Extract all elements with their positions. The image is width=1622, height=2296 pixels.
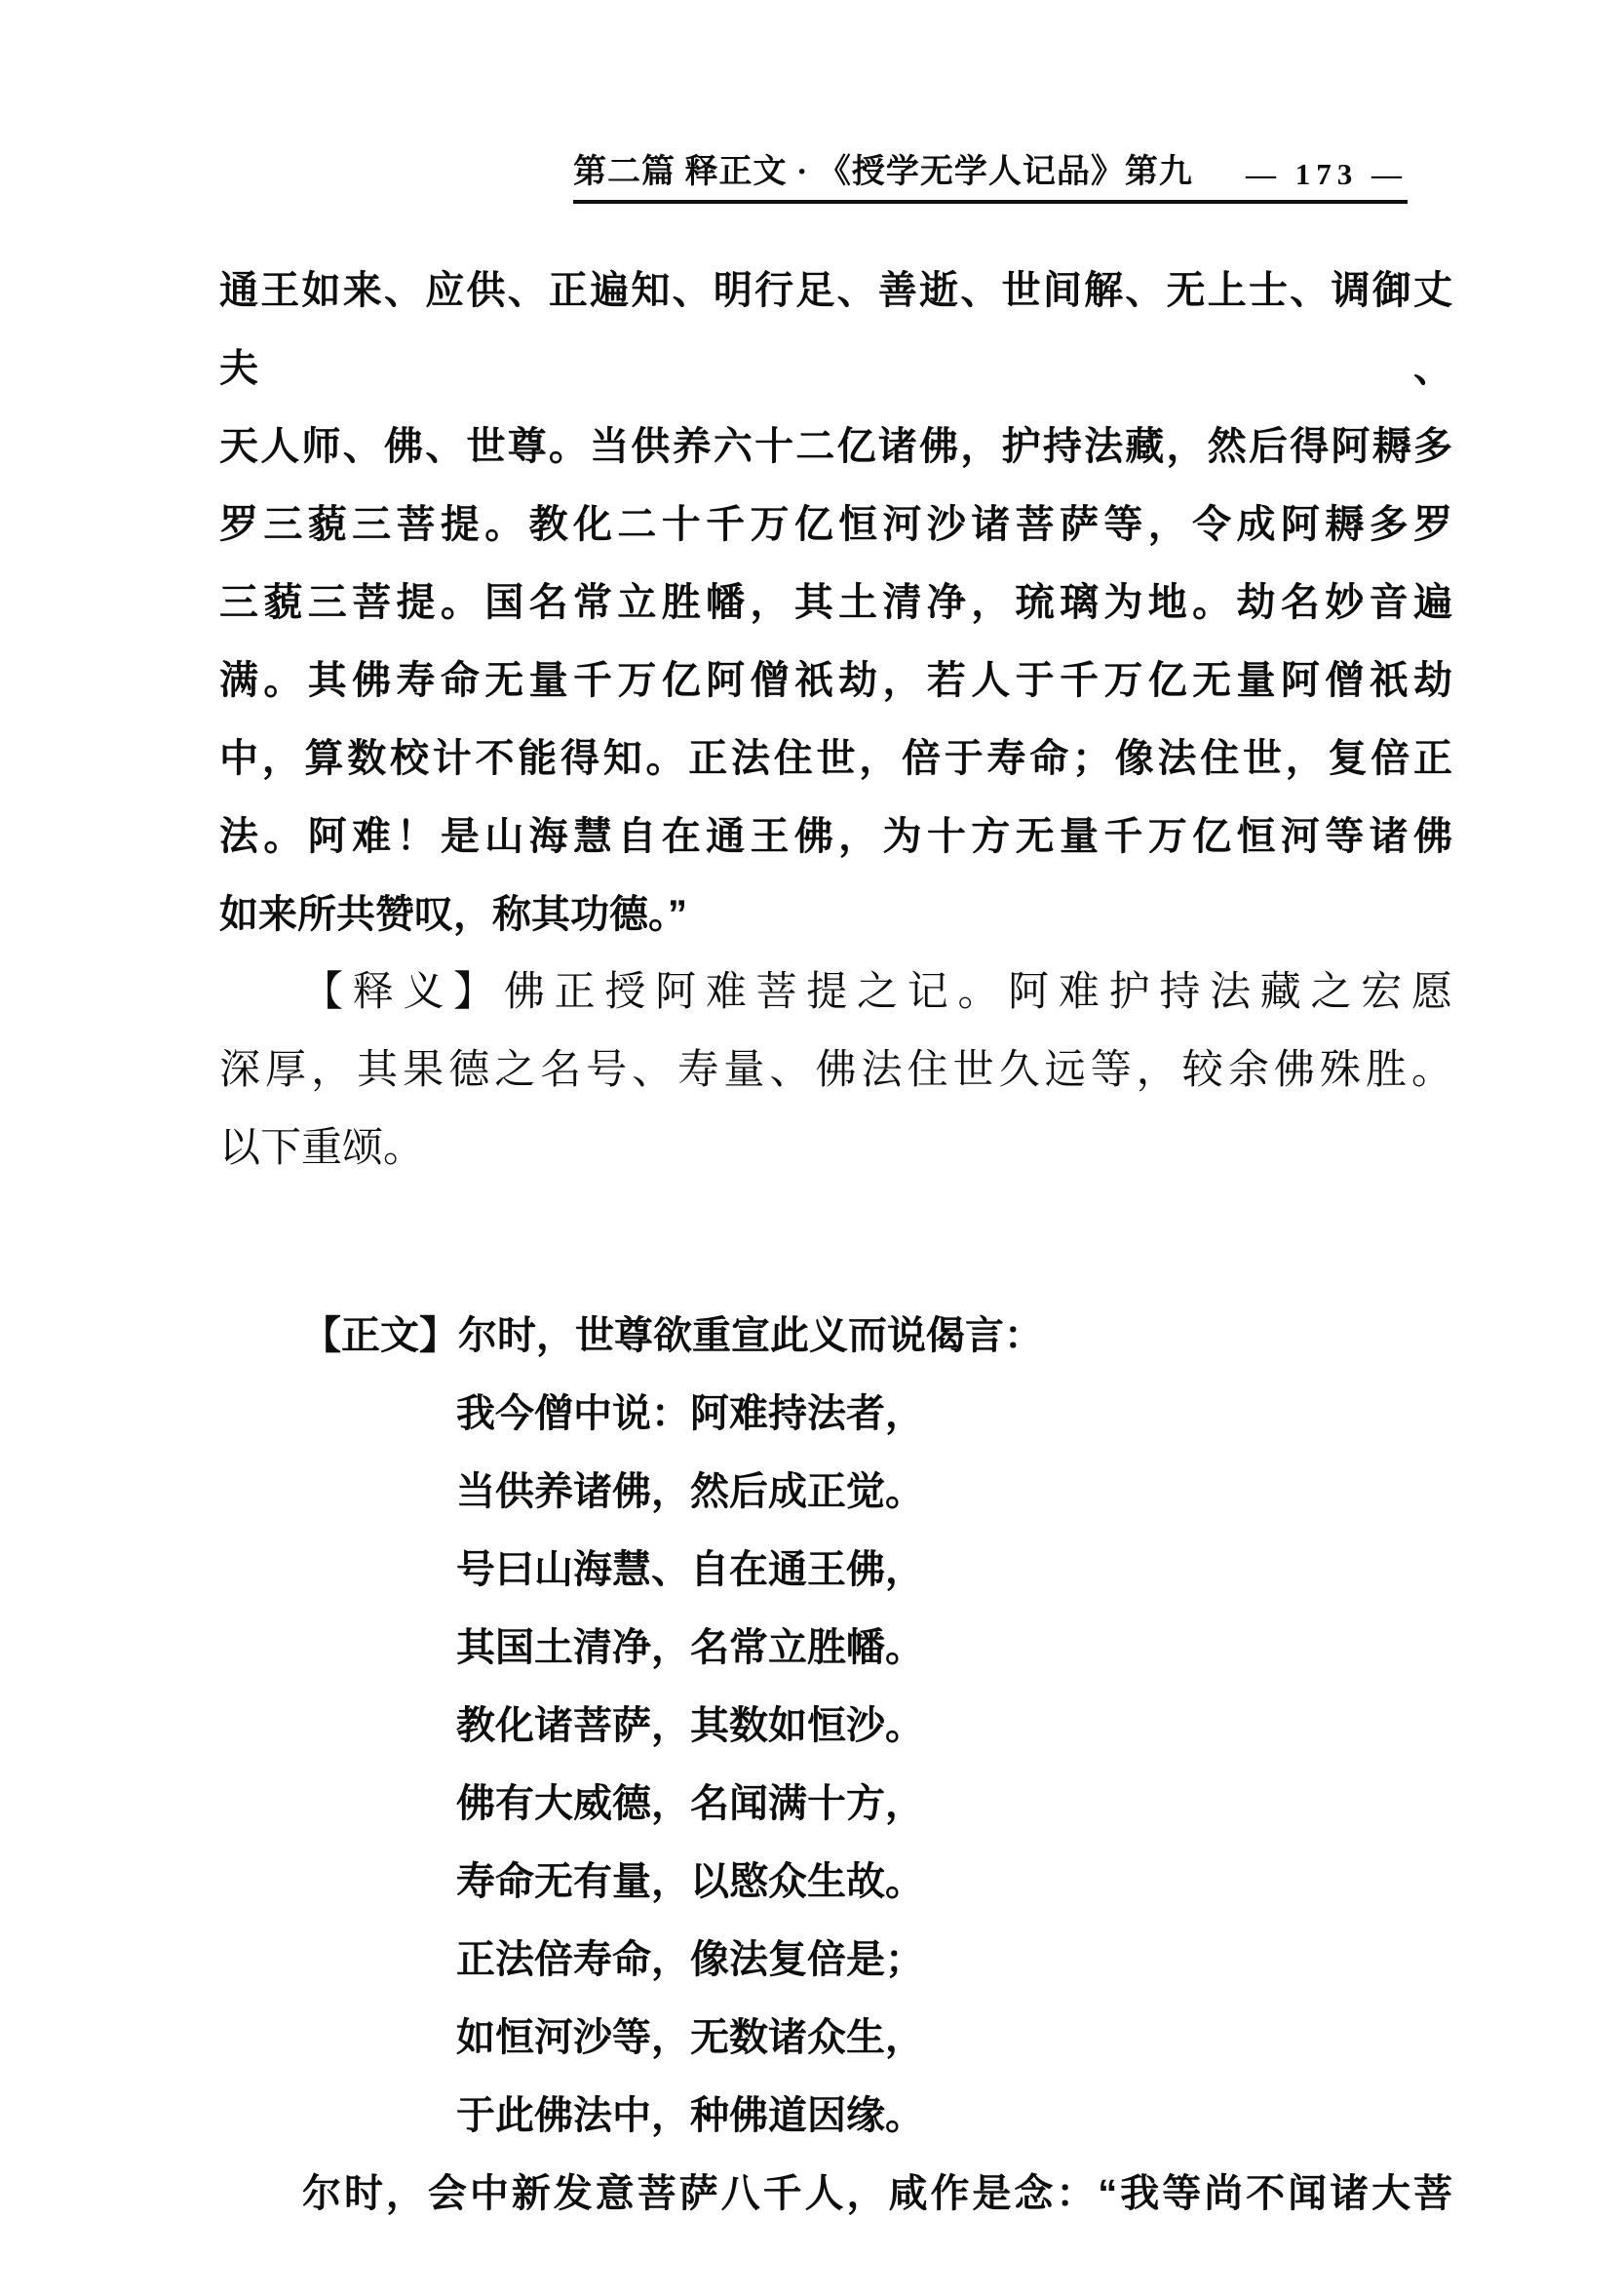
commentary-block: 【释义】佛正授阿难菩提之记。阿难护持法藏之宏愿 深厚，其果德之名号、寿量、佛法住…: [219, 953, 1452, 1187]
verse-line: 于此佛法中，种佛道因缘。: [456, 2077, 1452, 2155]
verse-line: 寿命无有量，以愍众生故。: [456, 1843, 1452, 1921]
main-text-block: 【正文】尔时，世尊欲重宣此义而说偈言： 我今僧中说：阿难持法者， 当供养诸佛，然…: [219, 1297, 1452, 2233]
commentary-line: 以下重颂。: [219, 1109, 1452, 1187]
commentary-line: 【释义】佛正授阿难菩提之记。阿难护持法藏之宏愿: [219, 953, 1452, 1031]
sutra-line: 通王如来、应供、正遍知、明行足、善逝、世间解、无上士、调御丈夫、: [219, 252, 1452, 408]
verse-line: 教化诸菩萨，其数如恒沙。: [456, 1687, 1452, 1765]
sutra-line: 三藐三菩提。国名常立胜幡，其土清净，琉璃为地。劫名妙音遍: [219, 564, 1452, 642]
page-body: 通王如来、应供、正遍知、明行足、善逝、世间解、无上士、调御丈夫、 天人师、佛、世…: [219, 252, 1452, 2233]
sutra-line: 如来所共赞叹，称其功德。”: [219, 876, 1452, 953]
verse-line: 我今僧中说：阿难持法者，: [456, 1375, 1452, 1453]
main-text-intro: 【正文】尔时，世尊欲重宣此义而说偈言：: [219, 1297, 1452, 1375]
verse-line: 其国土清净，名常立胜幡。: [456, 1609, 1452, 1687]
verse-line: 佛有大威德，名闻满十方，: [456, 1765, 1452, 1843]
section-gap: [219, 1187, 1452, 1297]
verse-block: 我今僧中说：阿难持法者， 当供养诸佛，然后成正觉。 号曰山海慧、自在通王佛， 其…: [219, 1375, 1452, 2155]
chapter-title: 第二篇 释正文 · 《授学无学人记品》第九: [573, 144, 1193, 192]
running-header: 第二篇 释正文 · 《授学无学人记品》第九 — 173 —: [573, 144, 1408, 204]
sutra-line: 罗三藐三菩提。教化二十千万亿恒河沙诸菩萨等，令成阿耨多罗: [219, 486, 1452, 564]
verse-line: 当供养诸佛，然后成正觉。: [456, 1453, 1452, 1531]
closing-line: 尔时，会中新发意菩萨八千人，咸作是念：“我等尚不闻诸大菩: [219, 2155, 1452, 2233]
sutra-line: 中，算数校计不能得知。正法住世，倍于寿命；像法住世，复倍正: [219, 720, 1452, 798]
commentary-line: 深厚，其果德之名号、寿量、佛法住世久远等，较余佛殊胜。: [219, 1031, 1452, 1109]
verse-line: 正法倍寿命，像法复倍是；: [456, 1921, 1452, 1999]
verse-line: 号曰山海慧、自在通王佛，: [456, 1531, 1452, 1609]
book-page: 第二篇 释正文 · 《授学无学人记品》第九 — 173 — 通王如来、应供、正遍…: [0, 0, 1622, 2296]
sutra-quote-block: 通王如来、应供、正遍知、明行足、善逝、世间解、无上士、调御丈夫、 天人师、佛、世…: [219, 252, 1452, 953]
page-number: — 173 —: [1246, 157, 1408, 192]
sutra-line: 满。其佛寿命无量千万亿阿僧祇劫，若人于千万亿无量阿僧祇劫: [219, 642, 1452, 720]
sutra-line: 天人师、佛、世尊。当供养六十二亿诸佛，护持法藏，然后得阿耨多: [219, 408, 1452, 486]
sutra-line: 法。阿难！是山海慧自在通王佛，为十方无量千万亿恒河等诸佛: [219, 798, 1452, 876]
verse-line: 如恒河沙等，无数诸众生，: [456, 1999, 1452, 2077]
